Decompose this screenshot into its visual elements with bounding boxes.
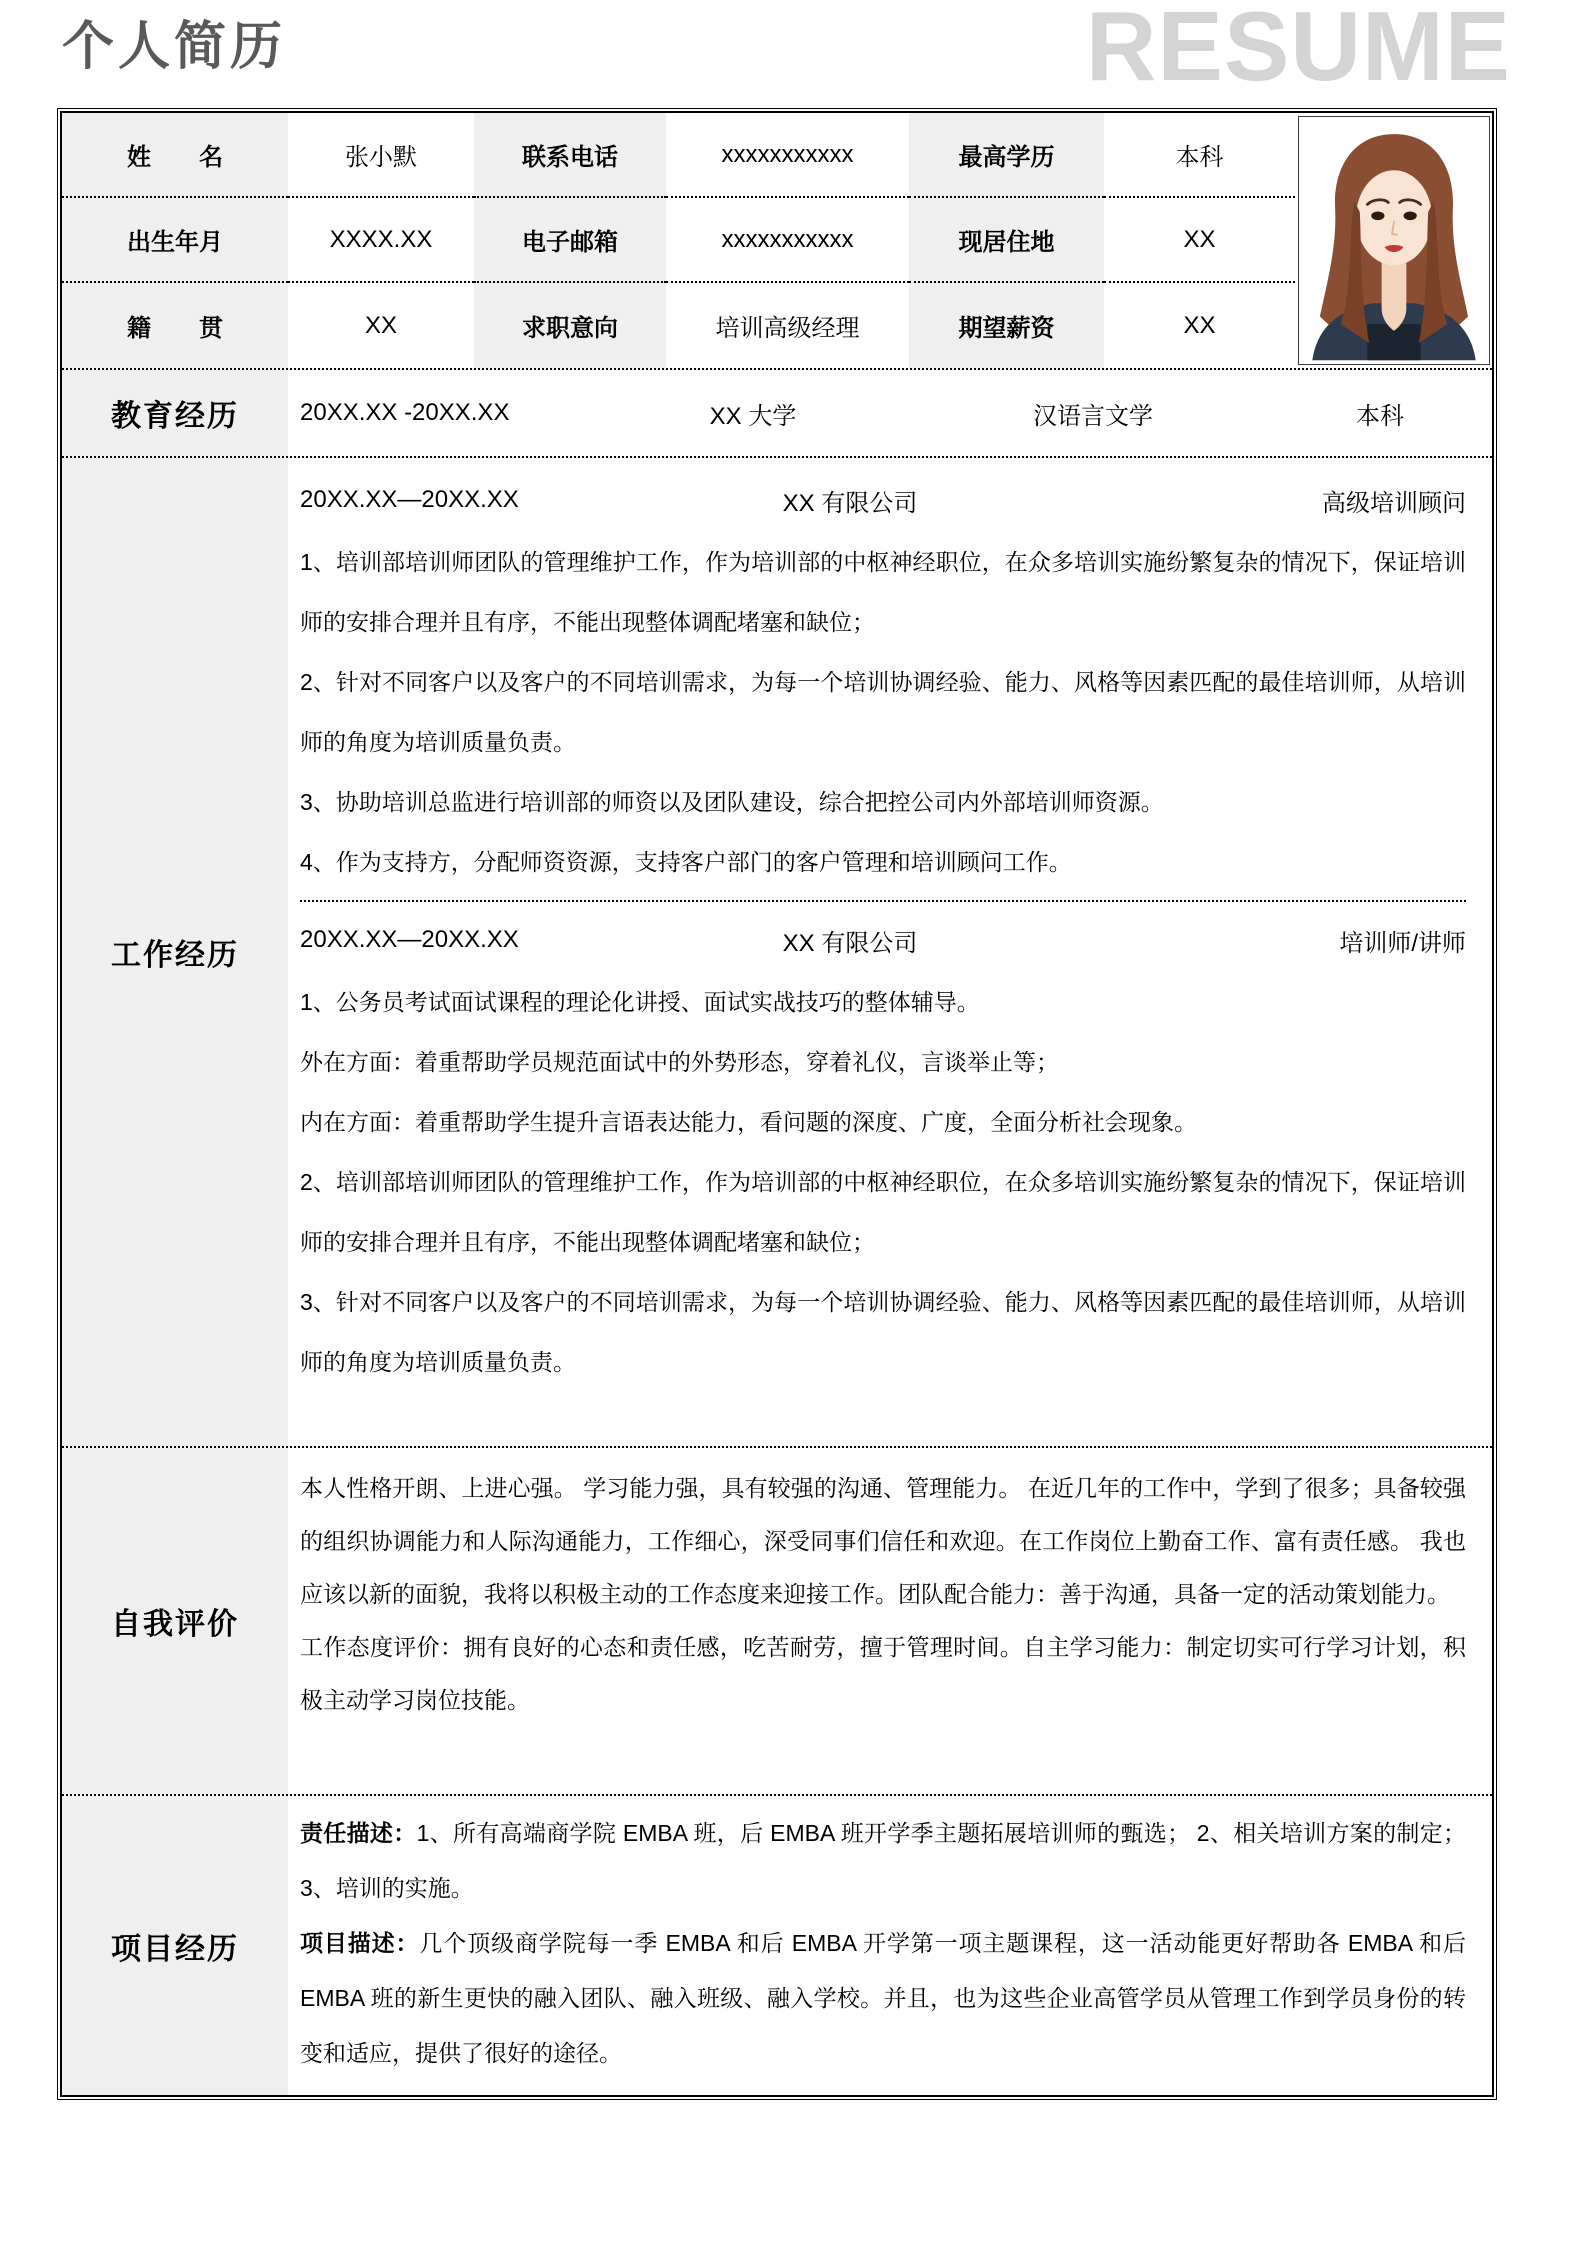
origin-value: XX	[288, 283, 474, 368]
work-section-label: 工作经历	[62, 458, 288, 1446]
phone-label: 联系电话	[474, 113, 666, 198]
education-section-label: 教育经历	[62, 370, 288, 456]
intention-value: 培训高级经理	[666, 283, 909, 368]
residence-label: 现居住地	[909, 198, 1104, 283]
education-degree: 本科	[1268, 396, 1492, 431]
project-responsibility-text: 1、所有高端商学院 EMBA 班，后 EMBA 班开学季主题拓展培训师的甄选； …	[300, 1820, 1466, 1901]
project-description: 项目描述：几个顶级商学院每一季 EMBA 和后 EMBA 开学第一项主题课程，这…	[300, 1916, 1466, 2081]
work-section: 工作经历 20XX.XX—20XX.XX XX 有限公司 高级培训顾问 1、培训…	[62, 458, 1492, 1448]
resume-page: 个人简历 RESUME 姓 名 张小默 联系电话 xxxxxxxxxxx 最高学…	[0, 0, 1587, 2245]
project-responsibility: 责任描述：1、所有高端商学院 EMBA 班，后 EMBA 班开学季主题拓展培训师…	[300, 1806, 1466, 1916]
birth-label: 出生年月	[62, 198, 288, 283]
name-value: 张小默	[288, 113, 474, 198]
project-description-text: 几个顶级商学院每一季 EMBA 和后 EMBA 开学第一项主题课程，这一活动能更…	[300, 1930, 1466, 2066]
name-label: 姓 名	[62, 113, 288, 198]
project-description-label: 项目描述：	[300, 1930, 419, 1956]
job-detail: 1、培训部培训师团队的管理维护工作，作为培训部的中枢神经职位，在众多培训实施纷繁…	[300, 532, 1466, 652]
email-value: xxxxxxxxxxx	[666, 198, 909, 283]
job-divider	[300, 900, 1466, 902]
self-evaluation-paragraph: 工作态度评价：拥有良好的心态和责任感，吃苦耐劳，擅于管理时间。自主学习能力：制定…	[300, 1621, 1466, 1727]
personal-info-section: 姓 名 张小默 联系电话 xxxxxxxxxxx 最高学历 本科 出生年月 XX…	[62, 113, 1492, 370]
email-label: 电子邮箱	[474, 198, 666, 283]
project-section-label: 项目经历	[62, 1796, 288, 2095]
job-position: 培训师/讲师	[1070, 923, 1466, 958]
job-detail: 1、公务员考试面试课程的理论化讲授、面试实战技巧的整体辅导。	[300, 972, 1466, 1032]
job-period: 20XX.XX—20XX.XX	[300, 926, 630, 954]
job-company: XX 有限公司	[630, 483, 1070, 518]
education-period: 20XX.XX -20XX.XX	[288, 399, 588, 427]
job-detail: 3、协助培训总监进行培训部的师资以及团队建设，综合把控公司内外部培训师资源。	[300, 772, 1466, 832]
page-title: 个人简历	[62, 4, 286, 79]
salary-label: 期望薪资	[909, 283, 1104, 368]
job-header: 20XX.XX—20XX.XX XX 有限公司 高级培训顾问	[300, 468, 1466, 532]
job-detail: 2、培训部培训师团队的管理维护工作，作为培训部的中枢神经职位，在众多培训实施纷繁…	[300, 1152, 1466, 1272]
job-entry-2: 20XX.XX—20XX.XX XX 有限公司 培训师/讲师 1、公务员考试面试…	[300, 908, 1466, 1392]
photo-cell	[1295, 113, 1492, 368]
job-detail: 外在方面：着重帮助学员规范面试中的外势形态，穿着礼仪，言谈举止等；	[300, 1032, 1466, 1092]
resume-table: 姓 名 张小默 联系电话 xxxxxxxxxxx 最高学历 本科 出生年月 XX…	[57, 108, 1497, 2100]
self-evaluation-content: 本人性格开朗、上进心强。 学习能力强，具有较强的沟通、管理能力。 在近几年的工作…	[288, 1448, 1492, 1794]
phone-value: xxxxxxxxxxx	[666, 113, 909, 198]
project-section: 项目经历 责任描述：1、所有高端商学院 EMBA 班，后 EMBA 班开学季主题…	[62, 1796, 1492, 2095]
education-entry: 20XX.XX -20XX.XX XX 大学 汉语言文学 本科	[288, 370, 1492, 456]
intention-label: 求职意向	[474, 283, 666, 368]
self-evaluation-section-label: 自我评价	[62, 1448, 288, 1794]
birth-value: XXXX.XX	[288, 198, 474, 283]
project-content: 责任描述：1、所有高端商学院 EMBA 班，后 EMBA 班开学季主题拓展培训师…	[288, 1796, 1492, 2095]
project-responsibility-label: 责任描述：	[300, 1820, 417, 1846]
profile-photo	[1298, 116, 1490, 365]
resume-table-inner: 姓 名 张小默 联系电话 xxxxxxxxxxx 最高学历 本科 出生年月 XX…	[60, 111, 1494, 2097]
education-major: 汉语言文学	[918, 396, 1268, 431]
job-detail: 3、针对不同客户以及客户的不同培训需求，为每一个培训协调经验、能力、风格等因素匹…	[300, 1272, 1466, 1392]
job-entry-1: 20XX.XX—20XX.XX XX 有限公司 高级培训顾问 1、培训部培训师团…	[300, 468, 1466, 892]
job-position: 高级培训顾问	[1070, 483, 1466, 518]
resume-watermark: RESUME	[1086, 0, 1511, 103]
education-section: 教育经历 20XX.XX -20XX.XX XX 大学 汉语言文学 本科	[62, 370, 1492, 458]
top-education-value: 本科	[1104, 113, 1295, 198]
salary-value: XX	[1104, 283, 1295, 368]
work-content: 20XX.XX—20XX.XX XX 有限公司 高级培训顾问 1、培训部培训师团…	[288, 458, 1492, 1446]
job-detail: 内在方面：着重帮助学生提升言语表达能力，看问题的深度、广度，全面分析社会现象。	[300, 1092, 1466, 1152]
top-education-label: 最高学历	[909, 113, 1104, 198]
job-company: XX 有限公司	[630, 923, 1070, 958]
origin-label: 籍 贯	[62, 283, 288, 368]
self-evaluation-paragraph: 本人性格开朗、上进心强。 学习能力强，具有较强的沟通、管理能力。 在近几年的工作…	[300, 1462, 1466, 1621]
self-evaluation-section: 自我评价 本人性格开朗、上进心强。 学习能力强，具有较强的沟通、管理能力。 在近…	[62, 1448, 1492, 1796]
job-detail: 2、针对不同客户以及客户的不同培训需求，为每一个培训协调经验、能力、风格等因素匹…	[300, 652, 1466, 772]
personal-info-grid: 姓 名 张小默 联系电话 xxxxxxxxxxx 最高学历 本科 出生年月 XX…	[62, 113, 1295, 368]
education-school: XX 大学	[588, 396, 918, 431]
job-header: 20XX.XX—20XX.XX XX 有限公司 培训师/讲师	[300, 908, 1466, 972]
residence-value: XX	[1104, 198, 1295, 283]
job-period: 20XX.XX—20XX.XX	[300, 486, 630, 514]
job-detail: 4、作为支持方，分配师资资源，支持客户部门的客户管理和培训顾问工作。	[300, 832, 1466, 892]
